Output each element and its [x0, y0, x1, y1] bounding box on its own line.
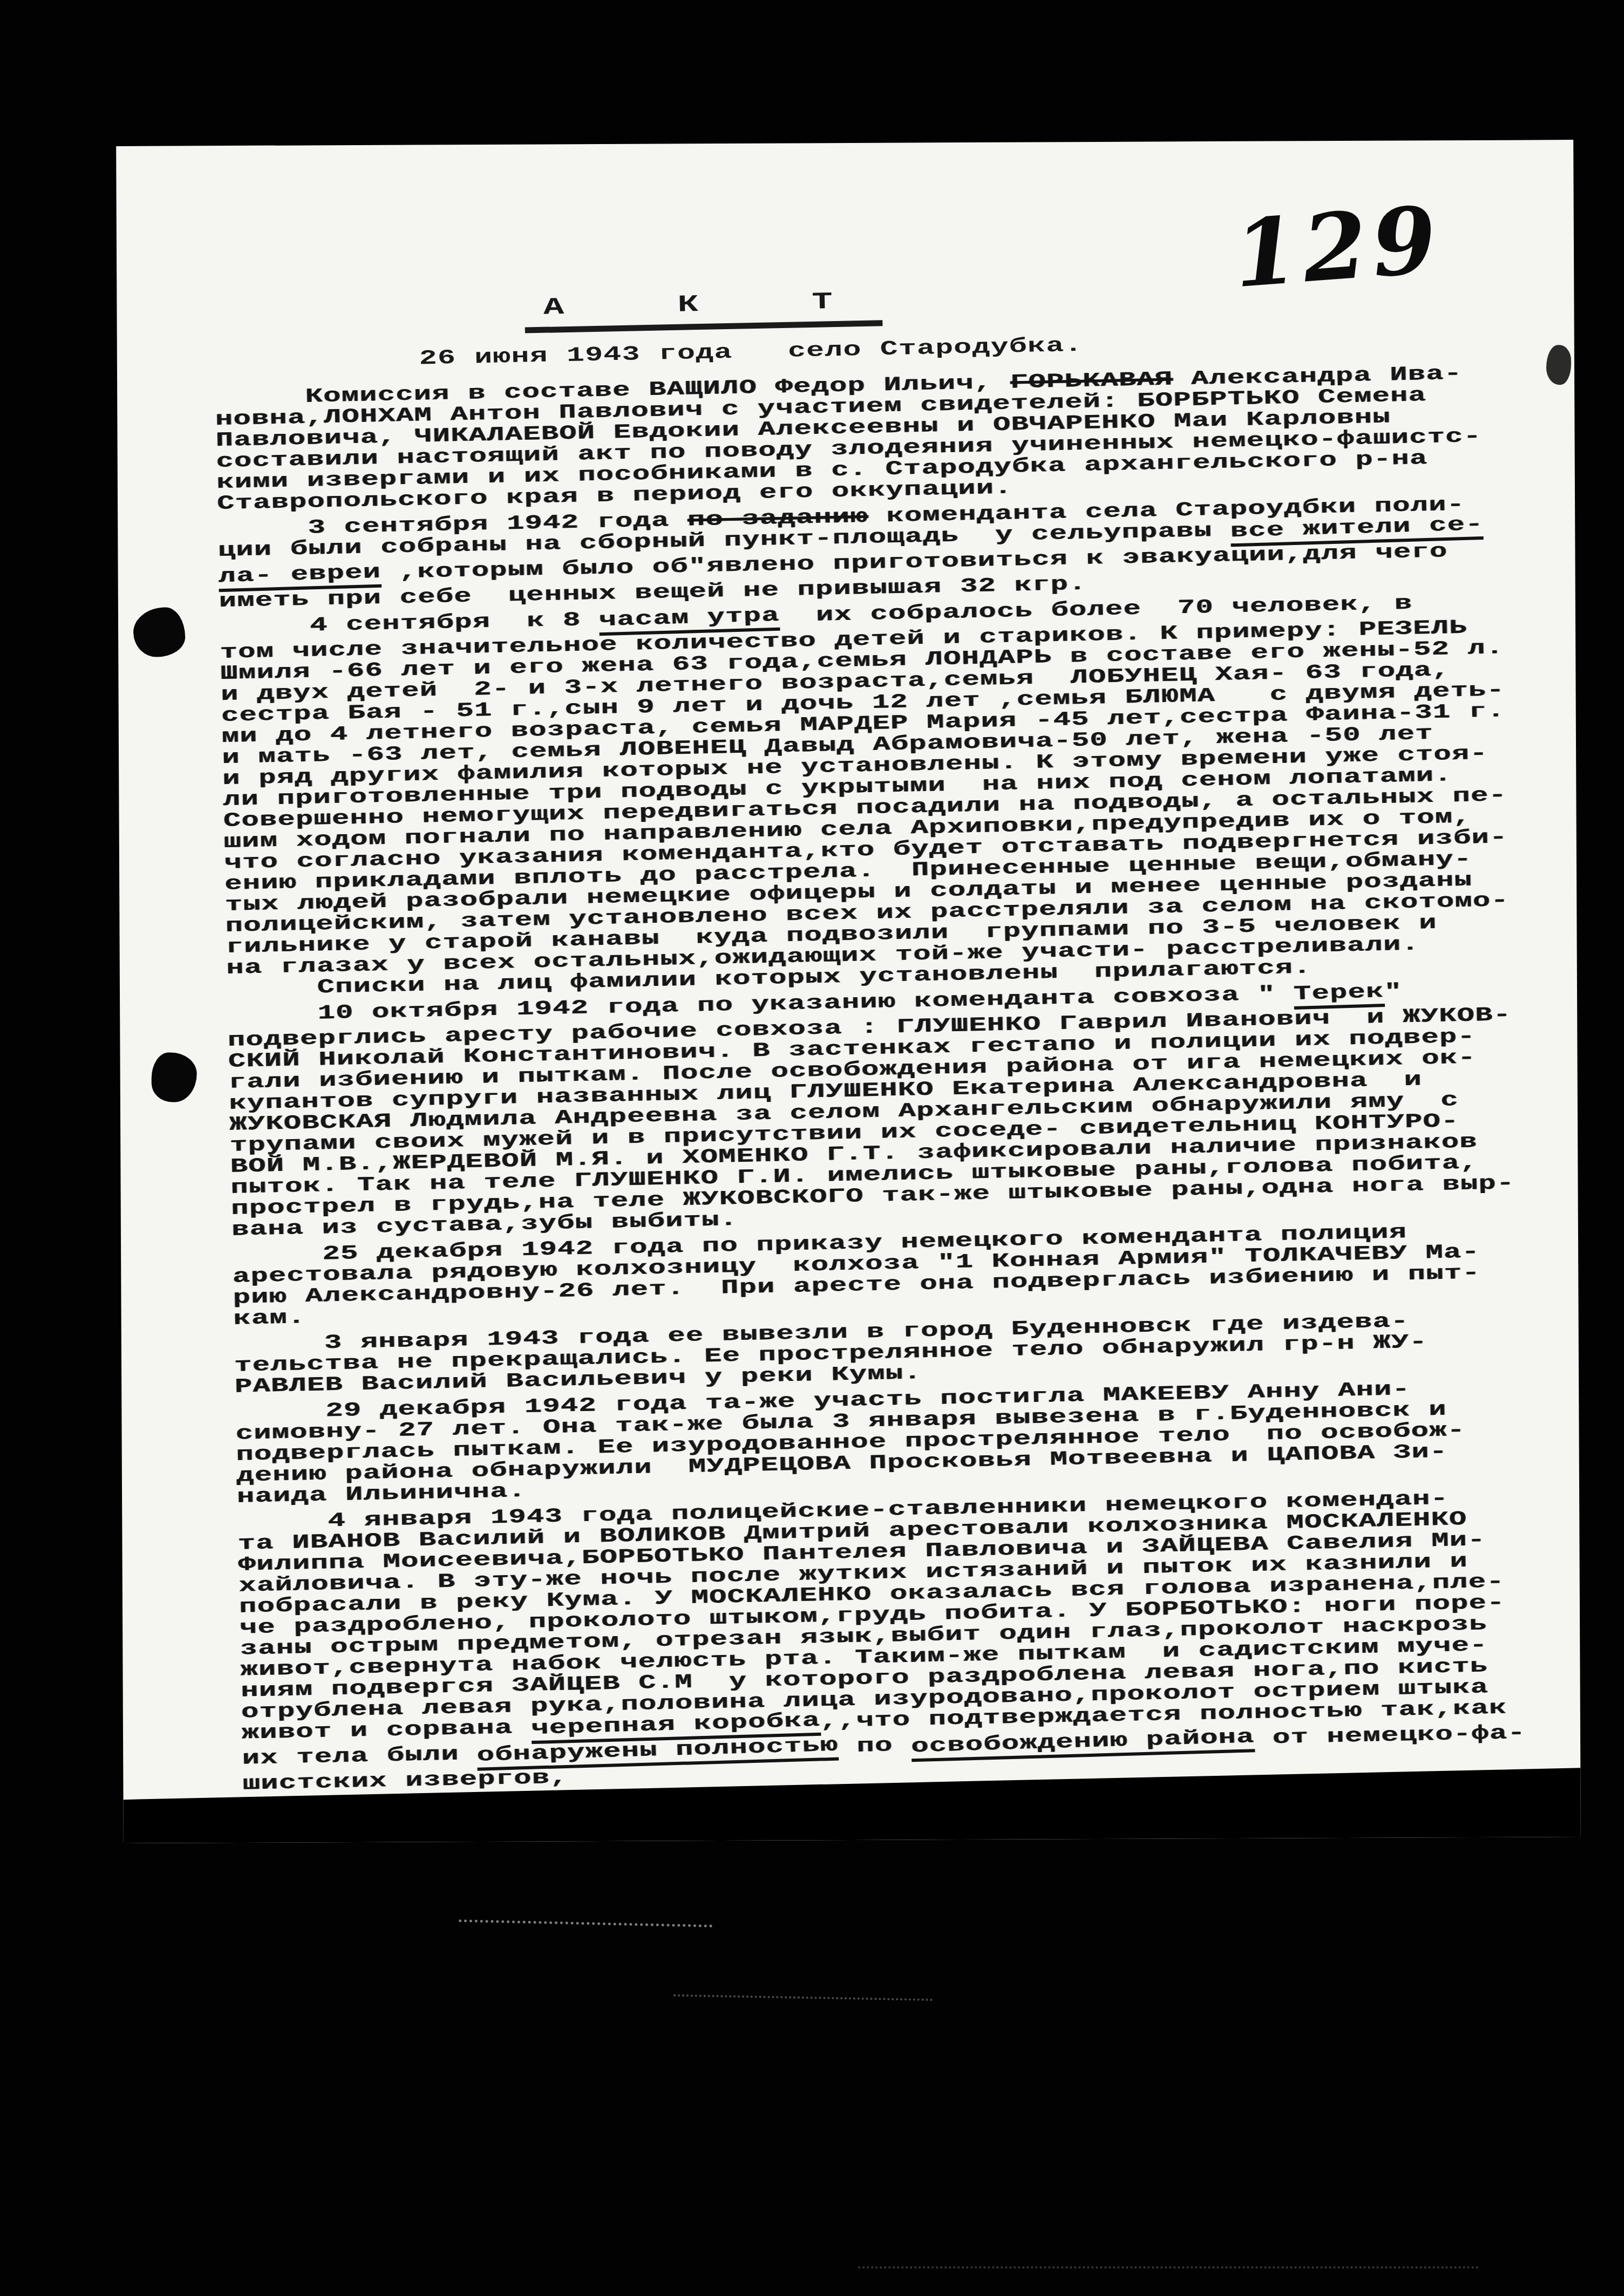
ink-blot [151, 1052, 196, 1102]
ink-smudge [1546, 345, 1571, 385]
document-page: 129 А К Т 26 июня 1943 года село Староду… [116, 140, 1581, 1843]
ink-blot [133, 607, 185, 657]
scan-artifact [858, 2266, 1479, 2268]
pen-mark: часам утра [599, 605, 780, 636]
pen-mark: ла- евреи [218, 562, 382, 592]
scan-artifact [459, 1919, 712, 1927]
paragraph: 4 сентября к 8 часам утра их собралось б… [219, 591, 1538, 1000]
typewritten-text: А К Т 26 июня 1943 года село Стародубка.… [213, 275, 1553, 1800]
paragraph: Комиссия в составе ВАЩИЛО Федор Ильич, Г… [215, 362, 1528, 515]
paragraphs: Комиссия в составе ВАЩИЛО Федор Ильич, Г… [215, 362, 1554, 1795]
scan-artifact [674, 1994, 933, 2001]
document-title: А К Т [524, 288, 882, 333]
scan-canvas: 129 А К Т 26 июня 1943 года село Староду… [0, 0, 1624, 2296]
paragraph: 29 декабря 1942 года та-же участь постиг… [235, 1377, 1547, 1508]
pen-mark: Терек [1293, 982, 1384, 1010]
paragraph: 10 октября 1942 года по указанию коменда… [227, 979, 1543, 1241]
paragraph: 4 января 1943 года полицейские-ставленни… [237, 1487, 1553, 1795]
